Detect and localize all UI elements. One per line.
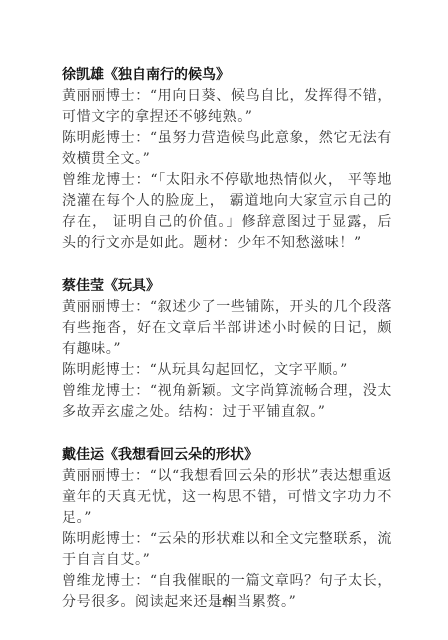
reviewer-comment: 陈明彪博士：“从玩具勾起回忆，文字平顺。” (62, 360, 392, 381)
entry-title: 蔡佳莹《玩具》 (62, 276, 392, 297)
reviewer-comment: 黄丽丽博士：“用向日葵、候鸟自比，发挥得不错，可惜文字的拿捏还不够纯熟。” (62, 86, 392, 128)
page-content: 徐凯雄《独自南行的候鸟》 黄丽丽博士：“用向日葵、候鸟自比，发挥得不错，可惜文字… (62, 65, 392, 635)
reviewer-comment: 曾维龙博士：“「太阳永不停歇地热情似火， 平等地浇灌在每个人的脸庞上， 霸道地向… (62, 170, 392, 254)
reviewer-comment: 黄丽丽博士：“叙述少了一些铺陈，开头的几个段落有些拖沓，好在文章后半部讲述小时候… (62, 297, 392, 360)
entry-title: 戴佳运《我想看回云朵的形状》 (62, 445, 392, 466)
review-entry: 蔡佳莹《玩具》 黄丽丽博士：“叙述少了一些铺陈，开头的几个段落有些拖沓，好在文章… (62, 276, 392, 423)
reviewer-comment: 陈明彪博士：“云朵的形状难以和全文完整联系，流于自言自艾。” (62, 529, 392, 571)
reviewer-comment: 曾维龙博士：“视角新颖。文字尚算流畅合理，没太多故弄玄虚之处。结构：过于平铺直叙… (62, 381, 392, 423)
entry-title: 徐凯雄《独自南行的候鸟》 (62, 65, 392, 86)
reviewer-comment: 陈明彪博士：“虽努力营造候鸟此意象，然它无法有效横贯全文。” (62, 128, 392, 170)
page-number: 119 (0, 594, 448, 609)
review-entry: 戴佳运《我想看回云朵的形状》 黄丽丽博士：“以“我想看回云朵的形状”表达想重返童… (62, 445, 392, 613)
review-entry: 徐凯雄《独自南行的候鸟》 黄丽丽博士：“用向日葵、候鸟自比，发挥得不错，可惜文字… (62, 65, 392, 254)
reviewer-comment: 黄丽丽博士：“以“我想看回云朵的形状”表达想重返童年的天真无忧，这一构思不错，可… (62, 466, 392, 529)
